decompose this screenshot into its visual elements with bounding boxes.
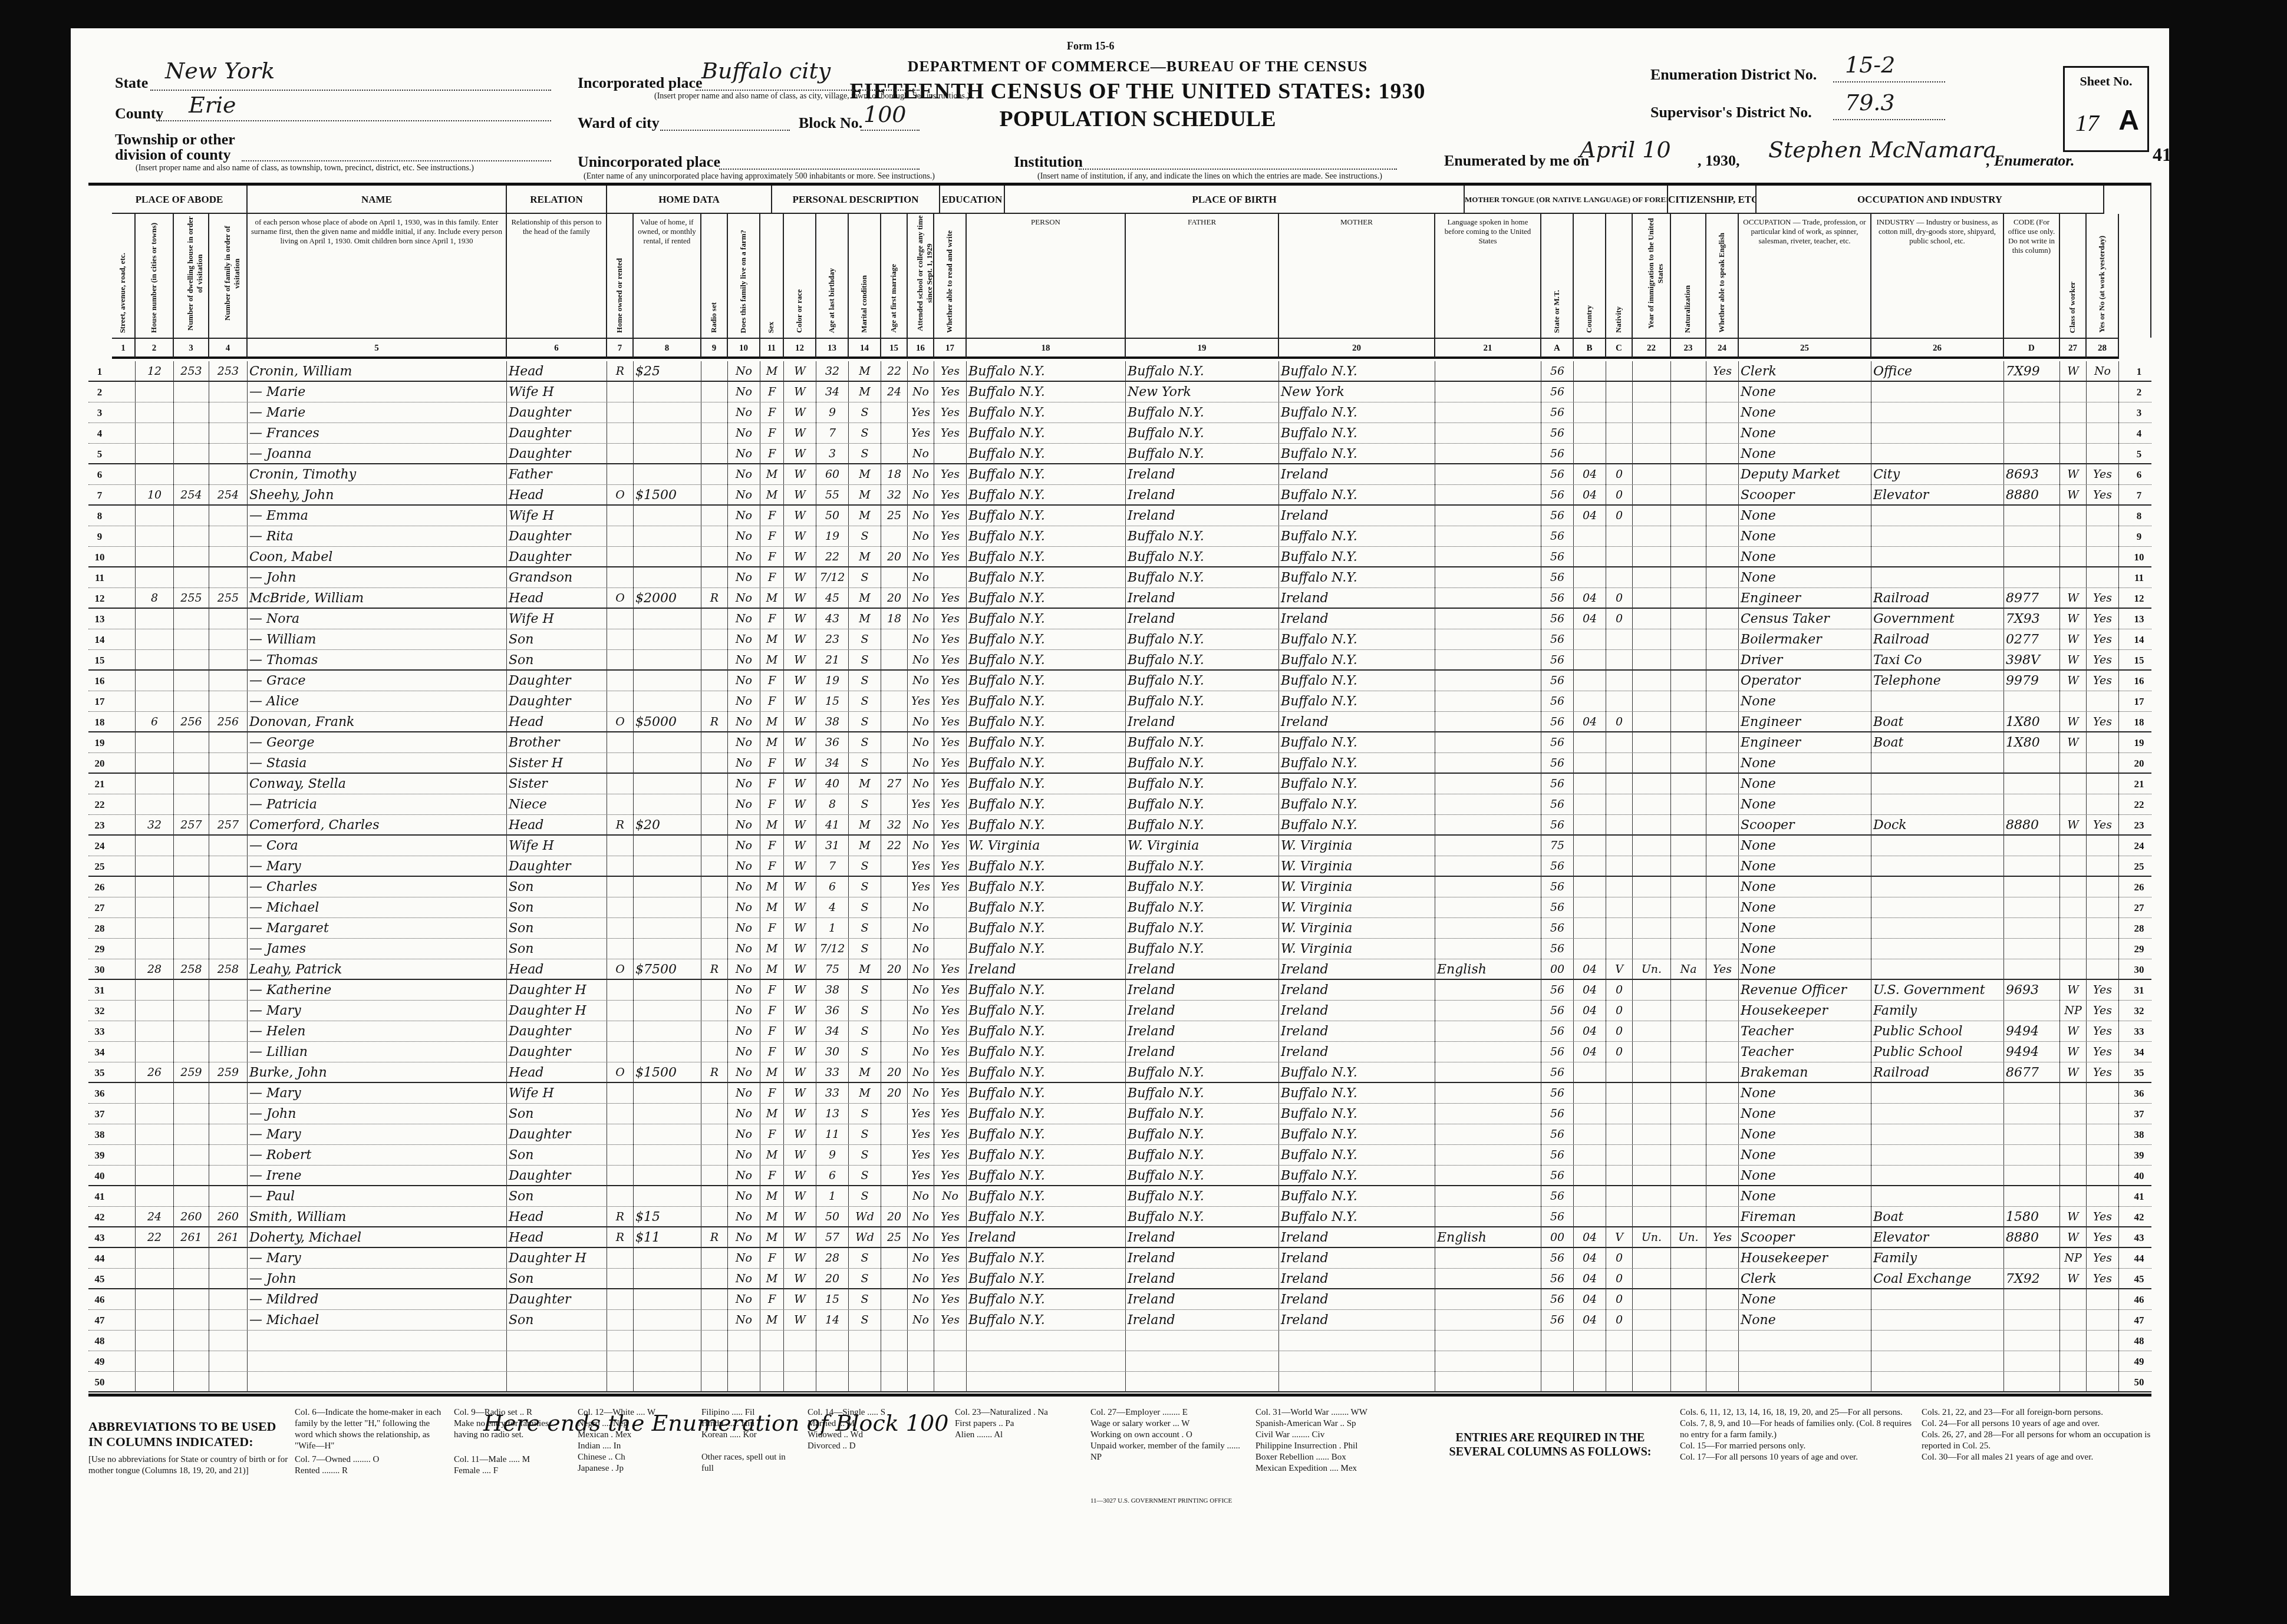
line-number: 1 (88, 361, 111, 382)
cell-house (136, 1145, 174, 1166)
cell-occupation: None (1739, 567, 1871, 588)
cell-dwelling (174, 1166, 209, 1186)
cell-marital: M (849, 588, 881, 609)
cell-street (112, 629, 136, 650)
cell-birth-father: Buffalo N.Y. (1126, 877, 1279, 897)
cell-owned (607, 1145, 634, 1166)
department-title: DEPARTMENT OF COMMERCE—BUREAU OF THE CEN… (872, 58, 1403, 75)
block-label: Block No. (799, 114, 862, 132)
cell-street (112, 506, 136, 526)
cell-birth-person: Buffalo N.Y. (967, 629, 1126, 650)
line-number-right: 44 (2128, 1248, 2150, 1269)
col9-note: Col. 9—Radio set .. R Make no entry for … (454, 1407, 566, 1441)
cell-age-marriage: 20 (881, 547, 908, 567)
cell-code-c (1606, 1145, 1633, 1166)
cell-name: Comerford, Charles (248, 815, 507, 836)
cell-house: 28 (136, 959, 174, 980)
cell-language (1435, 1062, 1541, 1083)
cell-birth-father: Buffalo N.Y. (1126, 1166, 1279, 1186)
line-number: 19 (88, 732, 111, 753)
cell-value: $5000 (634, 712, 701, 732)
enumerated-label: Enumerated by me on (1444, 152, 1589, 170)
cell-relation: Head (507, 588, 607, 609)
cell-naturalization (1671, 1269, 1706, 1289)
cell-worker-class: NP (2060, 1248, 2087, 1269)
cell-occupation: Housekeeper (1739, 1248, 1871, 1269)
column-header-5: of each person whose place of abode on A… (248, 214, 507, 338)
table-row: 4141— PaulSonNoMW1SNoNoBuffalo N.Y.Buffa… (88, 1186, 2151, 1207)
cell-house (136, 1021, 174, 1042)
cell-birth-mother: Buffalo N.Y. (1279, 691, 1435, 712)
column-header-7: Home owned or rented (607, 214, 634, 338)
cell-immigration (1633, 836, 1671, 856)
cell-code-b (1574, 1104, 1606, 1124)
col6-note: Col. 6—Indicate the home-maker in each f… (295, 1407, 448, 1452)
cell-code-d (2004, 1001, 2060, 1021)
cell-race: W (784, 547, 816, 567)
line-number-right: 12 (2128, 588, 2150, 609)
cell-sex: F (760, 402, 784, 423)
cell-house (136, 526, 174, 547)
cell-birth-person: Buffalo N.Y. (967, 464, 1126, 485)
cell-english (1706, 567, 1739, 588)
cell-value (634, 856, 701, 877)
cell-language (1435, 918, 1541, 939)
cell-dwelling (174, 1248, 209, 1269)
cell-language (1435, 1001, 1541, 1021)
table-row: 99— RitaDaughterNoFW19SNoYesBuffalo N.Y.… (88, 526, 2151, 547)
cell-code-a: 56 (1541, 382, 1574, 402)
unincorporated-line (719, 169, 920, 170)
cell-language (1435, 712, 1541, 732)
cell-immigration (1633, 774, 1671, 794)
cell-house: 22 (136, 1227, 174, 1248)
line-number: 49 (88, 1351, 111, 1372)
cell-sex: M (760, 1207, 784, 1227)
cell-code-c (1606, 732, 1633, 753)
cell-code-b (1574, 1331, 1606, 1351)
column-header-16: Attended school or college any time sinc… (908, 214, 934, 338)
cell-code-b (1574, 1083, 1606, 1104)
cell-english (1706, 691, 1739, 712)
cell-birth-father: Ireland (1126, 1248, 1279, 1269)
cell-english (1706, 980, 1739, 1001)
cell-industry (1871, 444, 2004, 464)
cell-race: W (784, 1104, 816, 1124)
cell-value (634, 794, 701, 815)
cell-immigration (1633, 1145, 1671, 1166)
cell-code-d: 8880 (2004, 485, 2060, 506)
cell-school: No (908, 588, 934, 609)
cell-dwelling (174, 1186, 209, 1207)
cell-family (209, 794, 248, 815)
cell-birth-father: Buffalo N.Y. (1126, 526, 1279, 547)
cell-naturalization (1671, 877, 1706, 897)
cell-street (112, 1021, 136, 1042)
cell-marital: M (849, 836, 881, 856)
cell-birth-father: Buffalo N.Y. (1126, 629, 1279, 650)
line-number-right: 45 (2128, 1269, 2150, 1289)
cell-radio (701, 382, 728, 402)
cell-worker-class (2060, 526, 2087, 547)
cell-occupation: Clerk (1739, 361, 1871, 382)
cell-read: Yes (934, 836, 967, 856)
cell-occupation: None (1739, 1083, 1871, 1104)
cell-birth-mother: Buffalo N.Y. (1279, 526, 1435, 547)
cell-code-b: 04 (1574, 1021, 1606, 1042)
sd-label: Supervisor's District No. (1650, 104, 1812, 121)
cell-relation: Daughter H (507, 1001, 607, 1021)
cell-language (1435, 361, 1541, 382)
cell-value (634, 939, 701, 959)
cell-race: W (784, 732, 816, 753)
column-header-14: Marital condition (849, 214, 881, 338)
cell-english (1706, 629, 1739, 650)
cell-code-d (2004, 774, 2060, 794)
cell-immigration (1633, 691, 1671, 712)
cell-birth-father: Buffalo N.Y. (1126, 547, 1279, 567)
cell-language (1435, 794, 1541, 815)
cell-dwelling (174, 939, 209, 959)
cell-radio: R (701, 959, 728, 980)
cell-name: Smith, William (248, 1207, 507, 1227)
cell-farm: No (728, 959, 760, 980)
cell-language (1435, 402, 1541, 423)
cell-code-d: 8693 (2004, 464, 2060, 485)
cell-age-marriage (881, 1021, 908, 1042)
cell-code-b (1574, 361, 1606, 382)
cell-street (112, 815, 136, 836)
column-number: 9 (701, 338, 728, 359)
cell-name: — Marie (248, 382, 507, 402)
cell-house (136, 1001, 174, 1021)
cell-street (112, 691, 136, 712)
cell-relation (507, 1331, 607, 1351)
cell-occupation: Clerk (1739, 1269, 1871, 1289)
cell-code-c: V (1606, 1227, 1633, 1248)
line-number-right: 22 (2128, 794, 2150, 815)
cell-birth-mother: Ireland (1279, 1021, 1435, 1042)
cell-worker-class (2060, 1289, 2087, 1310)
cell-english (1706, 464, 1739, 485)
cell-worker-class: W (2060, 361, 2087, 382)
cell-owned (607, 753, 634, 774)
cell-birth-person: Buffalo N.Y. (967, 485, 1126, 506)
line-number-right: 1 (2128, 361, 2150, 382)
cell-birth-mother: Ireland (1279, 980, 1435, 1001)
cell-age: 1 (816, 918, 849, 939)
cell-race: W (784, 671, 816, 691)
cell-worker-class (2060, 382, 2087, 402)
cell-street (112, 526, 136, 547)
cell-code-d (2004, 939, 2060, 959)
cell-read: Yes (934, 1310, 967, 1331)
cell-naturalization (1671, 485, 1706, 506)
cell-name: — Helen (248, 1021, 507, 1042)
cell-family (209, 980, 248, 1001)
cell-school: No (908, 650, 934, 671)
line-number: 25 (88, 856, 111, 877)
table-row: 12128255255McBride, WilliamHeadO$2000RNo… (88, 588, 2151, 609)
cell-value: $7500 (634, 959, 701, 980)
cell-code-d: 8880 (2004, 1227, 2060, 1248)
cell-marital: M (849, 959, 881, 980)
line-number-right: 7 (2128, 485, 2150, 506)
cell-radio (701, 1207, 728, 1227)
cell-race: W (784, 691, 816, 712)
cell-code-c (1606, 897, 1633, 918)
cell-relation: Daughter (507, 1124, 607, 1145)
cell-sex: M (760, 1145, 784, 1166)
ed-line (1833, 81, 1945, 82)
cell-birth-person: Buffalo N.Y. (967, 1145, 1126, 1166)
cell-relation: Head (507, 485, 607, 506)
cell-school: No (908, 1001, 934, 1021)
cell-race: W (784, 836, 816, 856)
line-number: 17 (88, 691, 111, 712)
cell-family: 261 (209, 1227, 248, 1248)
cell-farm: No (728, 588, 760, 609)
cell-school: Yes (908, 856, 934, 877)
line-number: 34 (88, 1042, 111, 1062)
cell-birth-father: Buffalo N.Y. (1126, 1186, 1279, 1207)
cell-family (209, 1104, 248, 1124)
cell-worker-class: W (2060, 1269, 2087, 1289)
cell-radio (701, 402, 728, 423)
cell-employed (2087, 402, 2119, 423)
cell-name: Leahy, Patrick (248, 959, 507, 980)
cell-radio (701, 774, 728, 794)
cell-family (209, 1351, 248, 1372)
cell-age: 1 (816, 1186, 849, 1207)
cell-worker-class (2060, 1310, 2087, 1331)
cell-owned (607, 897, 634, 918)
cell-age-marriage: 20 (881, 1083, 908, 1104)
cell-race: W (784, 1269, 816, 1289)
table-row: 2626— CharlesSonNoMW6SYesYesBuffalo N.Y.… (88, 877, 2151, 897)
column-header-label: Naturalization (1683, 285, 1692, 333)
cell-race (784, 1351, 816, 1372)
cell-race: W (784, 650, 816, 671)
cell-value: $11 (634, 1227, 701, 1248)
cell-read: Yes (934, 1207, 967, 1227)
cell-radio (701, 1083, 728, 1104)
cell-farm: No (728, 939, 760, 959)
cell-sex: M (760, 361, 784, 382)
cell-language (1435, 1372, 1541, 1392)
cell-language (1435, 423, 1541, 444)
cell-employed: Yes (2087, 609, 2119, 629)
cell-owned (607, 1248, 634, 1269)
cell-immigration (1633, 464, 1671, 485)
cell-code-b (1574, 1351, 1606, 1372)
cell-age-marriage (881, 1001, 908, 1021)
cell-birth-person: Buffalo N.Y. (967, 1083, 1126, 1104)
cell-sex: F (760, 382, 784, 402)
cell-birth-mother: Buffalo N.Y. (1279, 774, 1435, 794)
column-number: D (2004, 338, 2060, 359)
table-row: 1313— NoraWife HNoFW43M18NoYesBuffalo N.… (88, 609, 2151, 629)
sheet-number: 17 (2075, 109, 2099, 137)
cell-read: Yes (934, 1104, 967, 1124)
cell-marital (849, 1331, 881, 1351)
cell-school: Yes (908, 691, 934, 712)
cell-street (112, 485, 136, 506)
column-number: 12 (784, 338, 816, 359)
cell-marital: S (849, 1248, 881, 1269)
cell-birth-father: W. Virginia (1126, 836, 1279, 856)
cell-read: Yes (934, 1248, 967, 1269)
incorporated-label: Incorporated place (578, 74, 703, 92)
cell-code-d (2004, 1372, 2060, 1392)
column-header-A: State or M.T. (1541, 214, 1574, 338)
cell-language (1435, 1269, 1541, 1289)
column-header-label: Whether able to speak English (1717, 233, 1726, 333)
cell-radio (701, 506, 728, 526)
cell-language (1435, 856, 1541, 877)
cell-family (209, 856, 248, 877)
cell-dwelling (174, 506, 209, 526)
cell-owned (607, 794, 634, 815)
cell-family (209, 609, 248, 629)
cell-value (634, 1372, 701, 1392)
cell-immigration (1633, 1372, 1671, 1392)
cell-house (136, 753, 174, 774)
cell-school (908, 1331, 934, 1351)
cell-birth-person: Buffalo N.Y. (967, 382, 1126, 402)
line-number: 24 (88, 836, 111, 856)
column-header-label: Class of worker (2068, 282, 2077, 333)
cell-language (1435, 671, 1541, 691)
cell-marital: M (849, 1062, 881, 1083)
cell-street (112, 1104, 136, 1124)
cell-house (136, 1310, 174, 1331)
employment-veterans-header (2119, 186, 2151, 338)
sd-value: 79.3 (1845, 90, 1895, 115)
cell-radio (701, 1351, 728, 1372)
cell-occupation: None (1739, 402, 1871, 423)
column-group-header: PERSONAL DESCRIPTION (772, 186, 940, 214)
cell-value (634, 897, 701, 918)
cell-sex: M (760, 1227, 784, 1248)
cell-name: — Grace (248, 671, 507, 691)
cell-farm: No (728, 506, 760, 526)
cell-age-marriage: 20 (881, 959, 908, 980)
cell-naturalization (1671, 753, 1706, 774)
cell-age: 40 (816, 774, 849, 794)
cell-birth-father: Ireland (1126, 1310, 1279, 1331)
line-number-right: 2 (2128, 382, 2150, 402)
cell-birth-father: Ireland (1126, 959, 1279, 980)
cell-radio (701, 1372, 728, 1392)
cell-employed (2087, 732, 2119, 753)
cell-code-d (2004, 1083, 2060, 1104)
line-number: 44 (88, 1248, 111, 1269)
cell-name: Cronin, Timothy (248, 464, 507, 485)
line-number-right: 21 (2128, 774, 2150, 794)
cell-owned (607, 732, 634, 753)
cell-farm: No (728, 1166, 760, 1186)
cell-age-marriage (881, 444, 908, 464)
cell-race: W (784, 1207, 816, 1227)
cell-family (209, 464, 248, 485)
cell-code-d: 0277 (2004, 629, 2060, 650)
cell-code-c (1606, 382, 1633, 402)
cell-house (136, 629, 174, 650)
cell-code-d: 9494 (2004, 1021, 2060, 1042)
county-value: Erie (189, 92, 236, 118)
column-number: 13 (816, 338, 849, 359)
cell-birth-mother: W. Virginia (1279, 856, 1435, 877)
cell-street (112, 1289, 136, 1310)
cell-employed: Yes (2087, 588, 2119, 609)
cell-house: 10 (136, 485, 174, 506)
column-header-20: MOTHER (1279, 214, 1435, 338)
stamp-number: 41 (2153, 144, 2171, 166)
cell-code-b (1574, 1372, 1606, 1392)
cell-immigration (1633, 506, 1671, 526)
cell-school: No (908, 732, 934, 753)
cell-read (934, 939, 967, 959)
cell-race: W (784, 1248, 816, 1269)
cell-school: No (908, 361, 934, 382)
column-header-label: Language spoken in home before coming to… (1435, 214, 1540, 249)
cell-employed (2087, 526, 2119, 547)
cell-code-a: 56 (1541, 691, 1574, 712)
cell-english (1706, 877, 1739, 897)
cell-employed (2087, 877, 2119, 897)
cell-naturalization (1671, 526, 1706, 547)
cell-birth-father: Buffalo N.Y. (1126, 1062, 1279, 1083)
cell-relation: Daughter H (507, 1248, 607, 1269)
cell-employed: Yes (2087, 464, 2119, 485)
cell-dwelling (174, 609, 209, 629)
cell-age: 38 (816, 712, 849, 732)
cell-dwelling: 254 (174, 485, 209, 506)
cell-code-a: 56 (1541, 939, 1574, 959)
cell-code-b: 04 (1574, 588, 1606, 609)
column-group-header: HOME DATA (607, 186, 772, 214)
cell-farm: No (728, 980, 760, 1001)
cell-immigration (1633, 1083, 1671, 1104)
cell-race: W (784, 567, 816, 588)
cell-code-a: 56 (1541, 980, 1574, 1001)
cell-street (112, 897, 136, 918)
cell-street (112, 1166, 136, 1186)
cell-employed: Yes (2087, 650, 2119, 671)
cell-age (816, 1372, 849, 1392)
cell-birth-father: Buffalo N.Y. (1126, 939, 1279, 959)
cell-street (112, 732, 136, 753)
cell-sex (760, 1351, 784, 1372)
cell-language (1435, 1310, 1541, 1331)
cell-language (1435, 1351, 1541, 1372)
cell-english (1706, 856, 1739, 877)
cell-industry (1871, 1351, 2004, 1372)
enumerated-year: , 1930, (1698, 152, 1740, 170)
cell-radio (701, 650, 728, 671)
cell-relation: Head (507, 1207, 607, 1227)
cell-family: 256 (209, 712, 248, 732)
cell-code-a: 56 (1541, 1186, 1574, 1207)
cell-owned: O (607, 712, 634, 732)
cell-code-d: 8677 (2004, 1062, 2060, 1083)
cell-farm: No (728, 547, 760, 567)
cell-street (112, 712, 136, 732)
column-header-label: Country (1584, 305, 1594, 333)
cell-dwelling (174, 1351, 209, 1372)
cell-english (1706, 939, 1739, 959)
